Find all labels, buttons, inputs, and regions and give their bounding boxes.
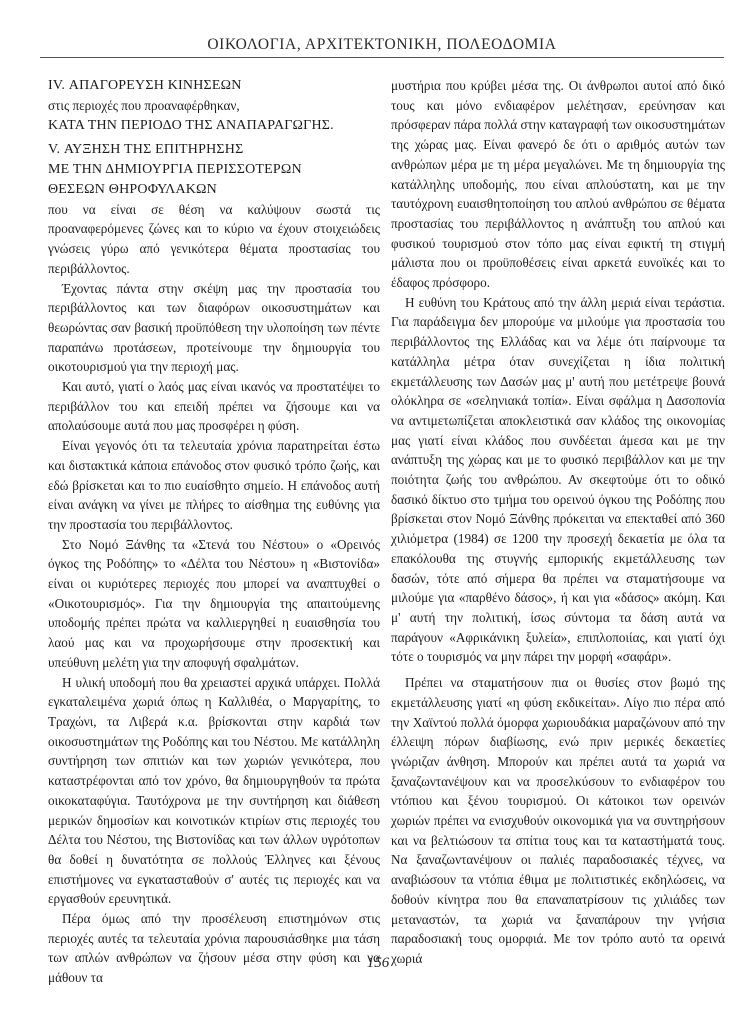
section-v-title-line-3: ΘΕΣΕΩΝ ΘΗΡΟΦΥΛΑΚΩΝ <box>48 180 380 200</box>
paragraph: Πρέπει να σταματήσουν πια οι θυσίες στον… <box>391 673 725 969</box>
page-number: 156 <box>0 955 756 972</box>
header-rule <box>40 57 724 58</box>
paragraph: Είναι γεγονός ότι τα τελευταία χρόνια πα… <box>48 436 380 535</box>
paragraph: Στο Νομό Ξάνθης τα «Στενά του Νέστου» ο … <box>48 535 380 673</box>
paragraph: Η υλική υποδομή που θα χρειαστεί αρχικά … <box>48 673 380 909</box>
right-column: μυστήρια που κρύβει μέσα της. Οι άνθρωπο… <box>391 76 725 969</box>
section-iv-subtitle: στις περιοχές που προαναφέρθηκαν, <box>48 96 380 116</box>
paragraph: Η ευθύνη του Κράτους από την άλλη μεριά … <box>391 293 725 667</box>
running-head: ΟΙΚΟΛΟΓΙΑ, ΑΡΧΙΤΕΚΤΟΝΙΚΗ, ΠΟΛΕΟΔΟΜΙΑ <box>40 36 724 54</box>
paragraph: Πέρα όμως από την προσέλευση επιστημόνων… <box>48 909 380 988</box>
paragraph: Και αυτό, γιατί ο λαός μας είναι ικανός … <box>48 377 380 436</box>
section-iv-title: IV. ΑΠΑΓΟΡΕΥΣΗ ΚΙΝΗΣΕΩΝ <box>48 76 380 96</box>
section-v-title-line-1: V. ΑΥΞΗΣΗ ΤΗΣ ΕΠΙΤΗΡΗΣΗΣ <box>48 140 380 160</box>
paragraph: που να είναι σε θέση να καλύψουν σωστά τ… <box>48 200 380 279</box>
left-column: IV. ΑΠΑΓΟΡΕΥΣΗ ΚΙΝΗΣΕΩΝ στις περιοχές πο… <box>48 76 380 988</box>
section-v-title-line-2: ΜΕ ΤΗΝ ΔΗΜΙΟΥΡΓΙΑ ΠΕΡΙΣΣΟΤΕΡΩΝ <box>48 160 380 180</box>
paragraph: Έχοντας πάντα στην σκέψη μας την προστασ… <box>48 279 380 378</box>
paragraph: μυστήρια που κρύβει μέσα της. Οι άνθρωπο… <box>391 76 725 293</box>
section-iv-title-2: ΚΑΤΑ ΤΗΝ ΠΕΡΙΟΔΟ ΤΗΣ ΑΝΑΠΑΡΑΓΩΓΗΣ. <box>48 116 380 136</box>
